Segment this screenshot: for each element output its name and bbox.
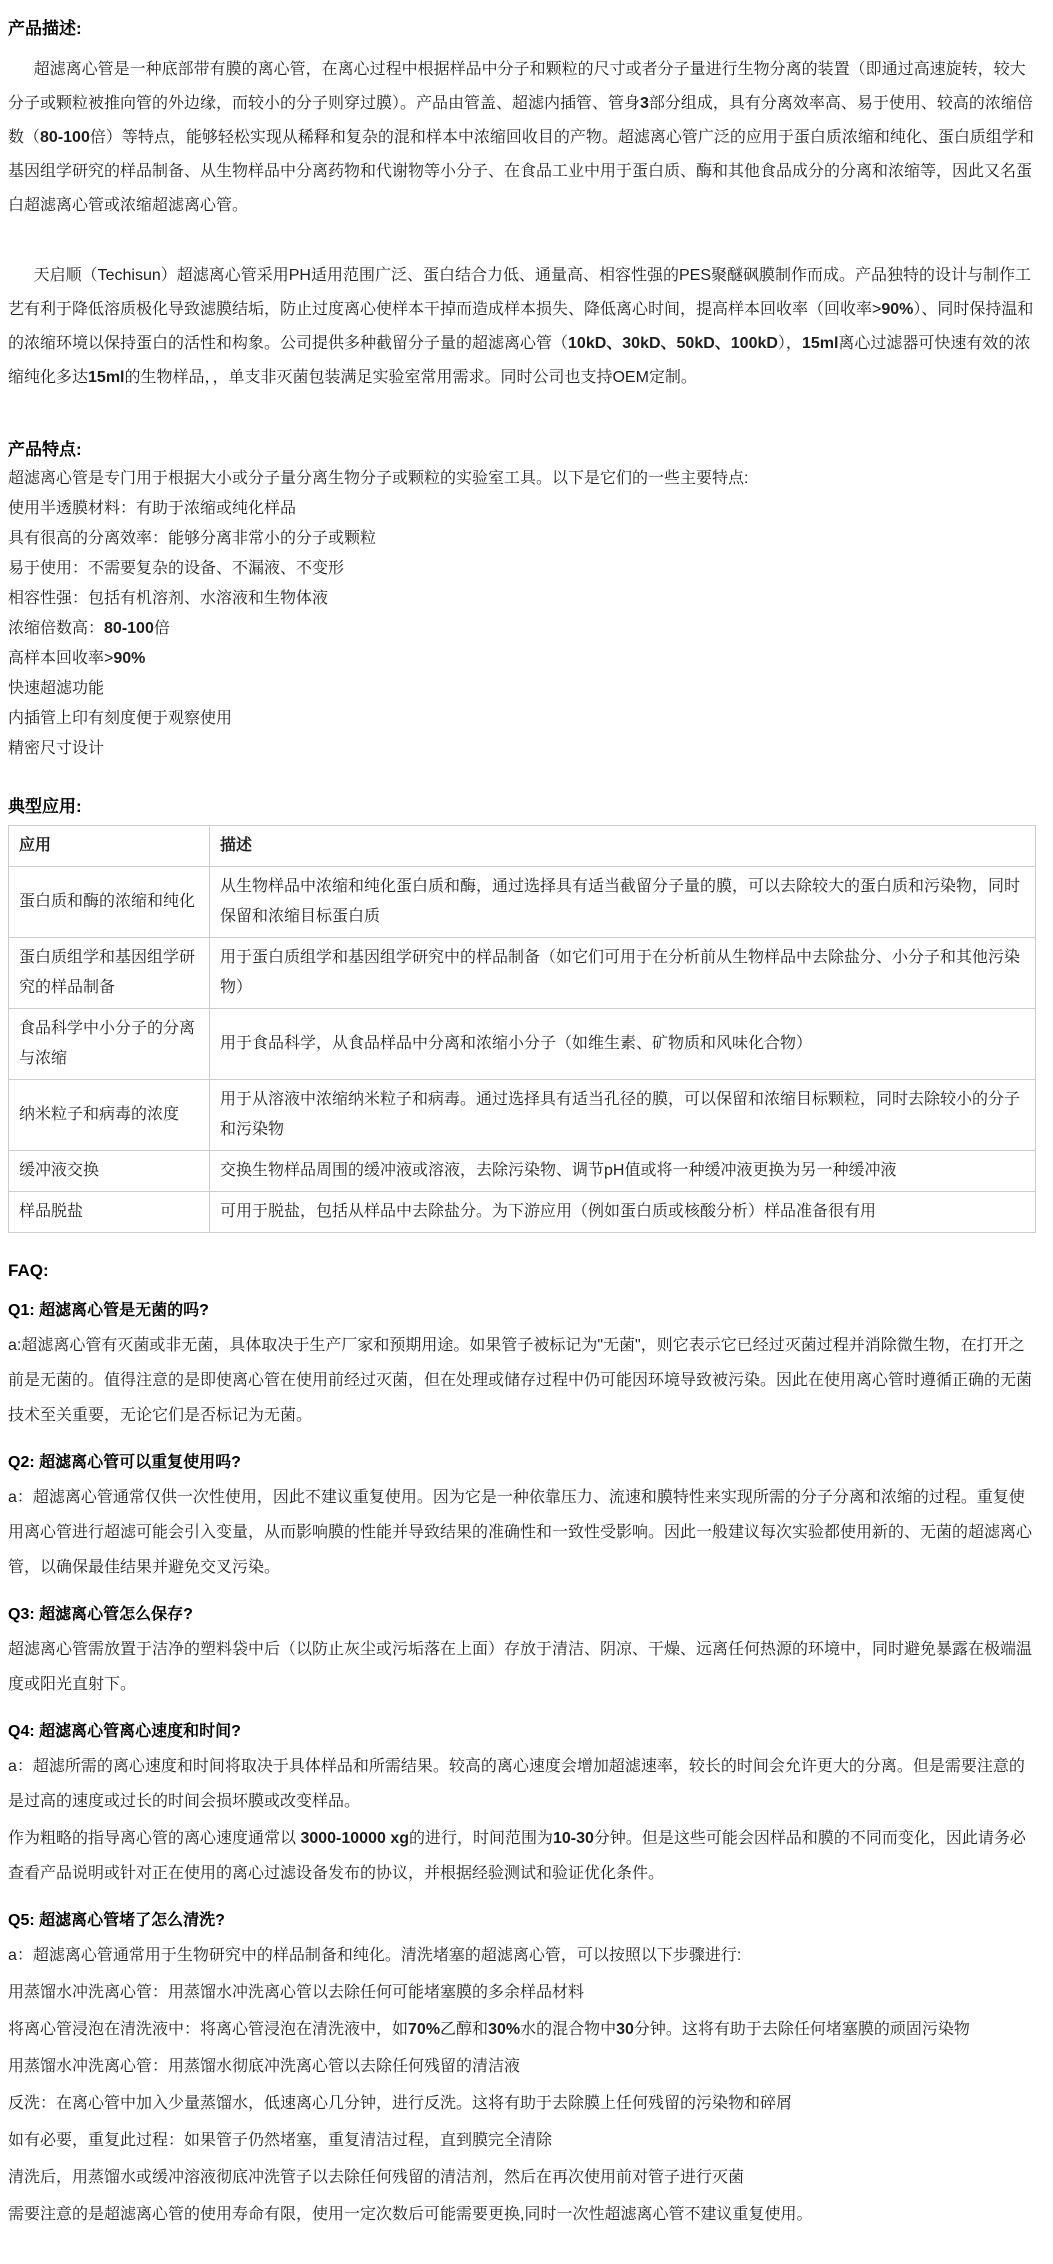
- application-row: 缓冲液交换 交换生物样品周围的缓冲液或溶液，去除污染物、调节pH值或将一种缓冲液…: [9, 1151, 1036, 1192]
- feature-item: 内插管上印有刻度便于观察使用: [8, 704, 1036, 734]
- features-intro: 超滤离心管是专门用于根据大小或分子量分离生物分子或颗粒的实验室工具。以下是它们的…: [8, 464, 1036, 494]
- description-heading: 产品描述:: [8, 14, 1036, 39]
- feature-item: 具有很高的分离效率：能够分离非常小的分子或颗粒: [8, 524, 1036, 554]
- features-heading: 产品特点:: [8, 435, 1036, 460]
- faq-answer-paragraph: 用蒸馏水冲洗离心管：用蒸馏水彻底冲洗离心管以去除任何残留的清洁液: [8, 2049, 1036, 2084]
- product-detail-page: 产品描述: 超滤离心管是一种底部带有膜的离心管，在离心过程中根据样品中分子和颗粒…: [0, 0, 1053, 2264]
- faq-answer-paragraph: 超滤离心管需放置于洁净的塑料袋中后（以防止灰尘或污垢落在上面）存放于清洁、阴凉、…: [8, 1632, 1036, 1702]
- application-description-cell: 可用于脱盐，包括从样品中去除盐分。为下游应用（例如蛋白质或核酸分析）样品准备很有…: [210, 1192, 1036, 1233]
- faq-answer: a：超滤离心管通常用于生物研究中的样品制备和纯化。清洗堵塞的超滤离心管，可以按照…: [8, 1938, 1036, 2232]
- section-product-features: 产品特点: 超滤离心管是专门用于根据大小或分子量分离生物分子或颗粒的实验室工具。…: [8, 435, 1036, 764]
- faq-question: Q5: 超滤离心管堵了怎么清洗?: [8, 1907, 1036, 1930]
- faq-question: Q1: 超滤离心管是无菌的吗?: [8, 1297, 1036, 1320]
- application-description-cell: 从生物样品中浓缩和纯化蛋白质和酶，通过选择具有适当截留分子量的膜，可以去除较大的…: [210, 867, 1036, 938]
- application-name-cell: 缓冲液交换: [9, 1151, 210, 1192]
- application-row: 纳米粒子和病毒的浓度 用于从溶液中浓缩纳米粒子和病毒。通过选择具有适当孔径的膜，…: [9, 1080, 1036, 1151]
- application-description-cell: 用于食品科学，从食品样品中分离和浓缩小分子（如维生素、矿物质和风味化合物）: [210, 1009, 1036, 1080]
- feature-item: 易于使用：不需要复杂的设备、不漏液、不变形: [8, 554, 1036, 584]
- feature-item: 使用半透膜材料：有助于浓缩或纯化样品: [8, 494, 1036, 524]
- feature-item: 高样本回收率>90%: [8, 644, 1036, 674]
- application-description-cell: 用于蛋白质组学和基因组学研究中的样品制备（如它们可用于在分析前从生物样品中去除盐…: [210, 938, 1036, 1009]
- application-row: 蛋白质组学和基因组学研究的样品制备 用于蛋白质组学和基因组学研究中的样品制备（如…: [9, 938, 1036, 1009]
- application-row: 食品科学中小分子的分离与浓缩 用于食品科学，从食品样品中分离和浓缩小分子（如维生…: [9, 1009, 1036, 1080]
- feature-item: 精密尺寸设计: [8, 734, 1036, 764]
- faq-item-q3: Q3: 超滤离心管怎么保存? 超滤离心管需放置于洁净的塑料袋中后（以防止灰尘或污…: [8, 1601, 1036, 1702]
- faq-answer: a:超滤离心管有灭菌或非无菌，具体取决于生产厂家和预期用途。如果管子被标记为"无…: [8, 1328, 1036, 1433]
- faq-answer: a：超滤离心管通常仅供一次性使用，因此不建议重复使用。因为它是一种依靠压力、流速…: [8, 1480, 1036, 1585]
- faq-answer-paragraph: a：超滤离心管通常用于生物研究中的样品制备和纯化。清洗堵塞的超滤离心管，可以按照…: [8, 1938, 1036, 1973]
- application-row: 样品脱盐 可用于脱盐，包括从样品中去除盐分。为下游应用（例如蛋白质或核酸分析）样…: [9, 1192, 1036, 1233]
- faq-answer-paragraph: 将离心管浸泡在清洗液中：将离心管浸泡在清洗液中，如70%乙醇和30%水的混合物中…: [8, 2012, 1036, 2047]
- application-row: 蛋白质和酶的浓缩和纯化 从生物样品中浓缩和纯化蛋白质和酶，通过选择具有适当截留分…: [9, 867, 1036, 938]
- feature-item: 浓缩倍数高：80-100倍: [8, 614, 1036, 644]
- faq-answer-paragraph: 需要注意的是超滤离心管的使用寿命有限，使用一定次数后可能需要更换,同时一次性超滤…: [8, 2197, 1036, 2232]
- application-description-cell: 用于从溶液中浓缩纳米粒子和病毒。通过选择具有适当孔径的膜，可以保留和浓缩目标颗粒…: [210, 1080, 1036, 1151]
- application-name-cell: 蛋白质组学和基因组学研究的样品制备: [9, 938, 210, 1009]
- applications-heading: 典型应用:: [8, 792, 1036, 817]
- faq-item-q2: Q2: 超滤离心管可以重复使用吗? a：超滤离心管通常仅供一次性使用，因此不建议…: [8, 1449, 1036, 1585]
- feature-item: 快速超滤功能: [8, 674, 1036, 704]
- faq-answer-paragraph: a：超滤离心管通常仅供一次性使用，因此不建议重复使用。因为它是一种依靠压力、流速…: [8, 1480, 1036, 1585]
- application-name-cell: 食品科学中小分子的分离与浓缩: [9, 1009, 210, 1080]
- description-paragraph-1: 超滤离心管是一种底部带有膜的离心管，在离心过程中根据样品中分子和颗粒的尺寸或者分…: [8, 53, 1036, 223]
- applications-header-row: 应用 描述: [9, 826, 1036, 867]
- faq-answer-paragraph: 如有必要，重复此过程：如果管子仍然堵塞，重复清洁过程，直到膜完全清除: [8, 2123, 1036, 2158]
- faq-answer-paragraph: 用蒸馏水冲洗离心管：用蒸馏水冲洗离心管以去除任何可能堵塞膜的多余样品材料: [8, 1975, 1036, 2010]
- faq-question: Q3: 超滤离心管怎么保存?: [8, 1601, 1036, 1624]
- application-name-cell: 样品脱盐: [9, 1192, 210, 1233]
- faq-answer: a：超滤所需的离心速度和时间将取决于具体样品和所需结果。较高的离心速度会增加超滤…: [8, 1749, 1036, 1891]
- application-description-cell: 交换生物样品周围的缓冲液或溶液，去除污染物、调节pH值或将一种缓冲液更换为另一种…: [210, 1151, 1036, 1192]
- application-name-cell: 纳米粒子和病毒的浓度: [9, 1080, 210, 1151]
- column-header-application: 应用: [9, 826, 210, 867]
- applications-table: 应用 描述 蛋白质和酶的浓缩和纯化 从生物样品中浓缩和纯化蛋白质和酶，通过选择具…: [8, 825, 1036, 1233]
- section-typical-applications: 典型应用: 应用 描述 蛋白质和酶的浓缩和纯化 从生物样品中浓缩和纯化蛋白质和酶…: [8, 792, 1036, 1233]
- description-paragraph-2: 天启顺（Techisun）超滤离心管采用PH适用范围广泛、蛋白结合力低、通量高、…: [8, 259, 1036, 395]
- faq-item-q1: Q1: 超滤离心管是无菌的吗? a:超滤离心管有灭菌或非无菌，具体取决于生产厂家…: [8, 1297, 1036, 1433]
- application-name-cell: 蛋白质和酶的浓缩和纯化: [9, 867, 210, 938]
- faq-heading: FAQ:: [8, 1261, 1036, 1281]
- faq-answer-paragraph: 作为粗略的指导离心管的离心速度通常以 3000-10000 xg的进行，时间范围…: [8, 1821, 1036, 1891]
- faq-answer: 超滤离心管需放置于洁净的塑料袋中后（以防止灰尘或污垢落在上面）存放于清洁、阴凉、…: [8, 1632, 1036, 1702]
- faq-answer-paragraph: a:超滤离心管有灭菌或非无菌，具体取决于生产厂家和预期用途。如果管子被标记为"无…: [8, 1328, 1036, 1433]
- column-header-description: 描述: [210, 826, 1036, 867]
- feature-item: 相容性强：包括有机溶剂、水溶液和生物体液: [8, 584, 1036, 614]
- faq-question: Q2: 超滤离心管可以重复使用吗?: [8, 1449, 1036, 1472]
- section-product-description: 产品描述: 超滤离心管是一种底部带有膜的离心管，在离心过程中根据样品中分子和颗粒…: [8, 14, 1036, 395]
- faq-answer-paragraph: 反洗：在离心管中加入少量蒸馏水，低速离心几分钟，进行反洗。这将有助于去除膜上任何…: [8, 2086, 1036, 2121]
- faq-item-q4: Q4: 超滤离心管离心速度和时间? a：超滤所需的离心速度和时间将取决于具体样品…: [8, 1718, 1036, 1891]
- faq-answer-paragraph: a：超滤所需的离心速度和时间将取决于具体样品和所需结果。较高的离心速度会增加超滤…: [8, 1749, 1036, 1819]
- faq-item-q5: Q5: 超滤离心管堵了怎么清洗? a：超滤离心管通常用于生物研究中的样品制备和纯…: [8, 1907, 1036, 2232]
- faq-answer-paragraph: 清洗后，用蒸馏水或缓冲溶液彻底冲洗管子以去除任何残留的清洁剂，然后在再次使用前对…: [8, 2160, 1036, 2195]
- features-list: 使用半透膜材料：有助于浓缩或纯化样品 具有很高的分离效率：能够分离非常小的分子或…: [8, 494, 1036, 764]
- faq-question: Q4: 超滤离心管离心速度和时间?: [8, 1718, 1036, 1741]
- section-faq: FAQ: Q1: 超滤离心管是无菌的吗? a:超滤离心管有灭菌或非无菌，具体取决…: [8, 1261, 1036, 2232]
